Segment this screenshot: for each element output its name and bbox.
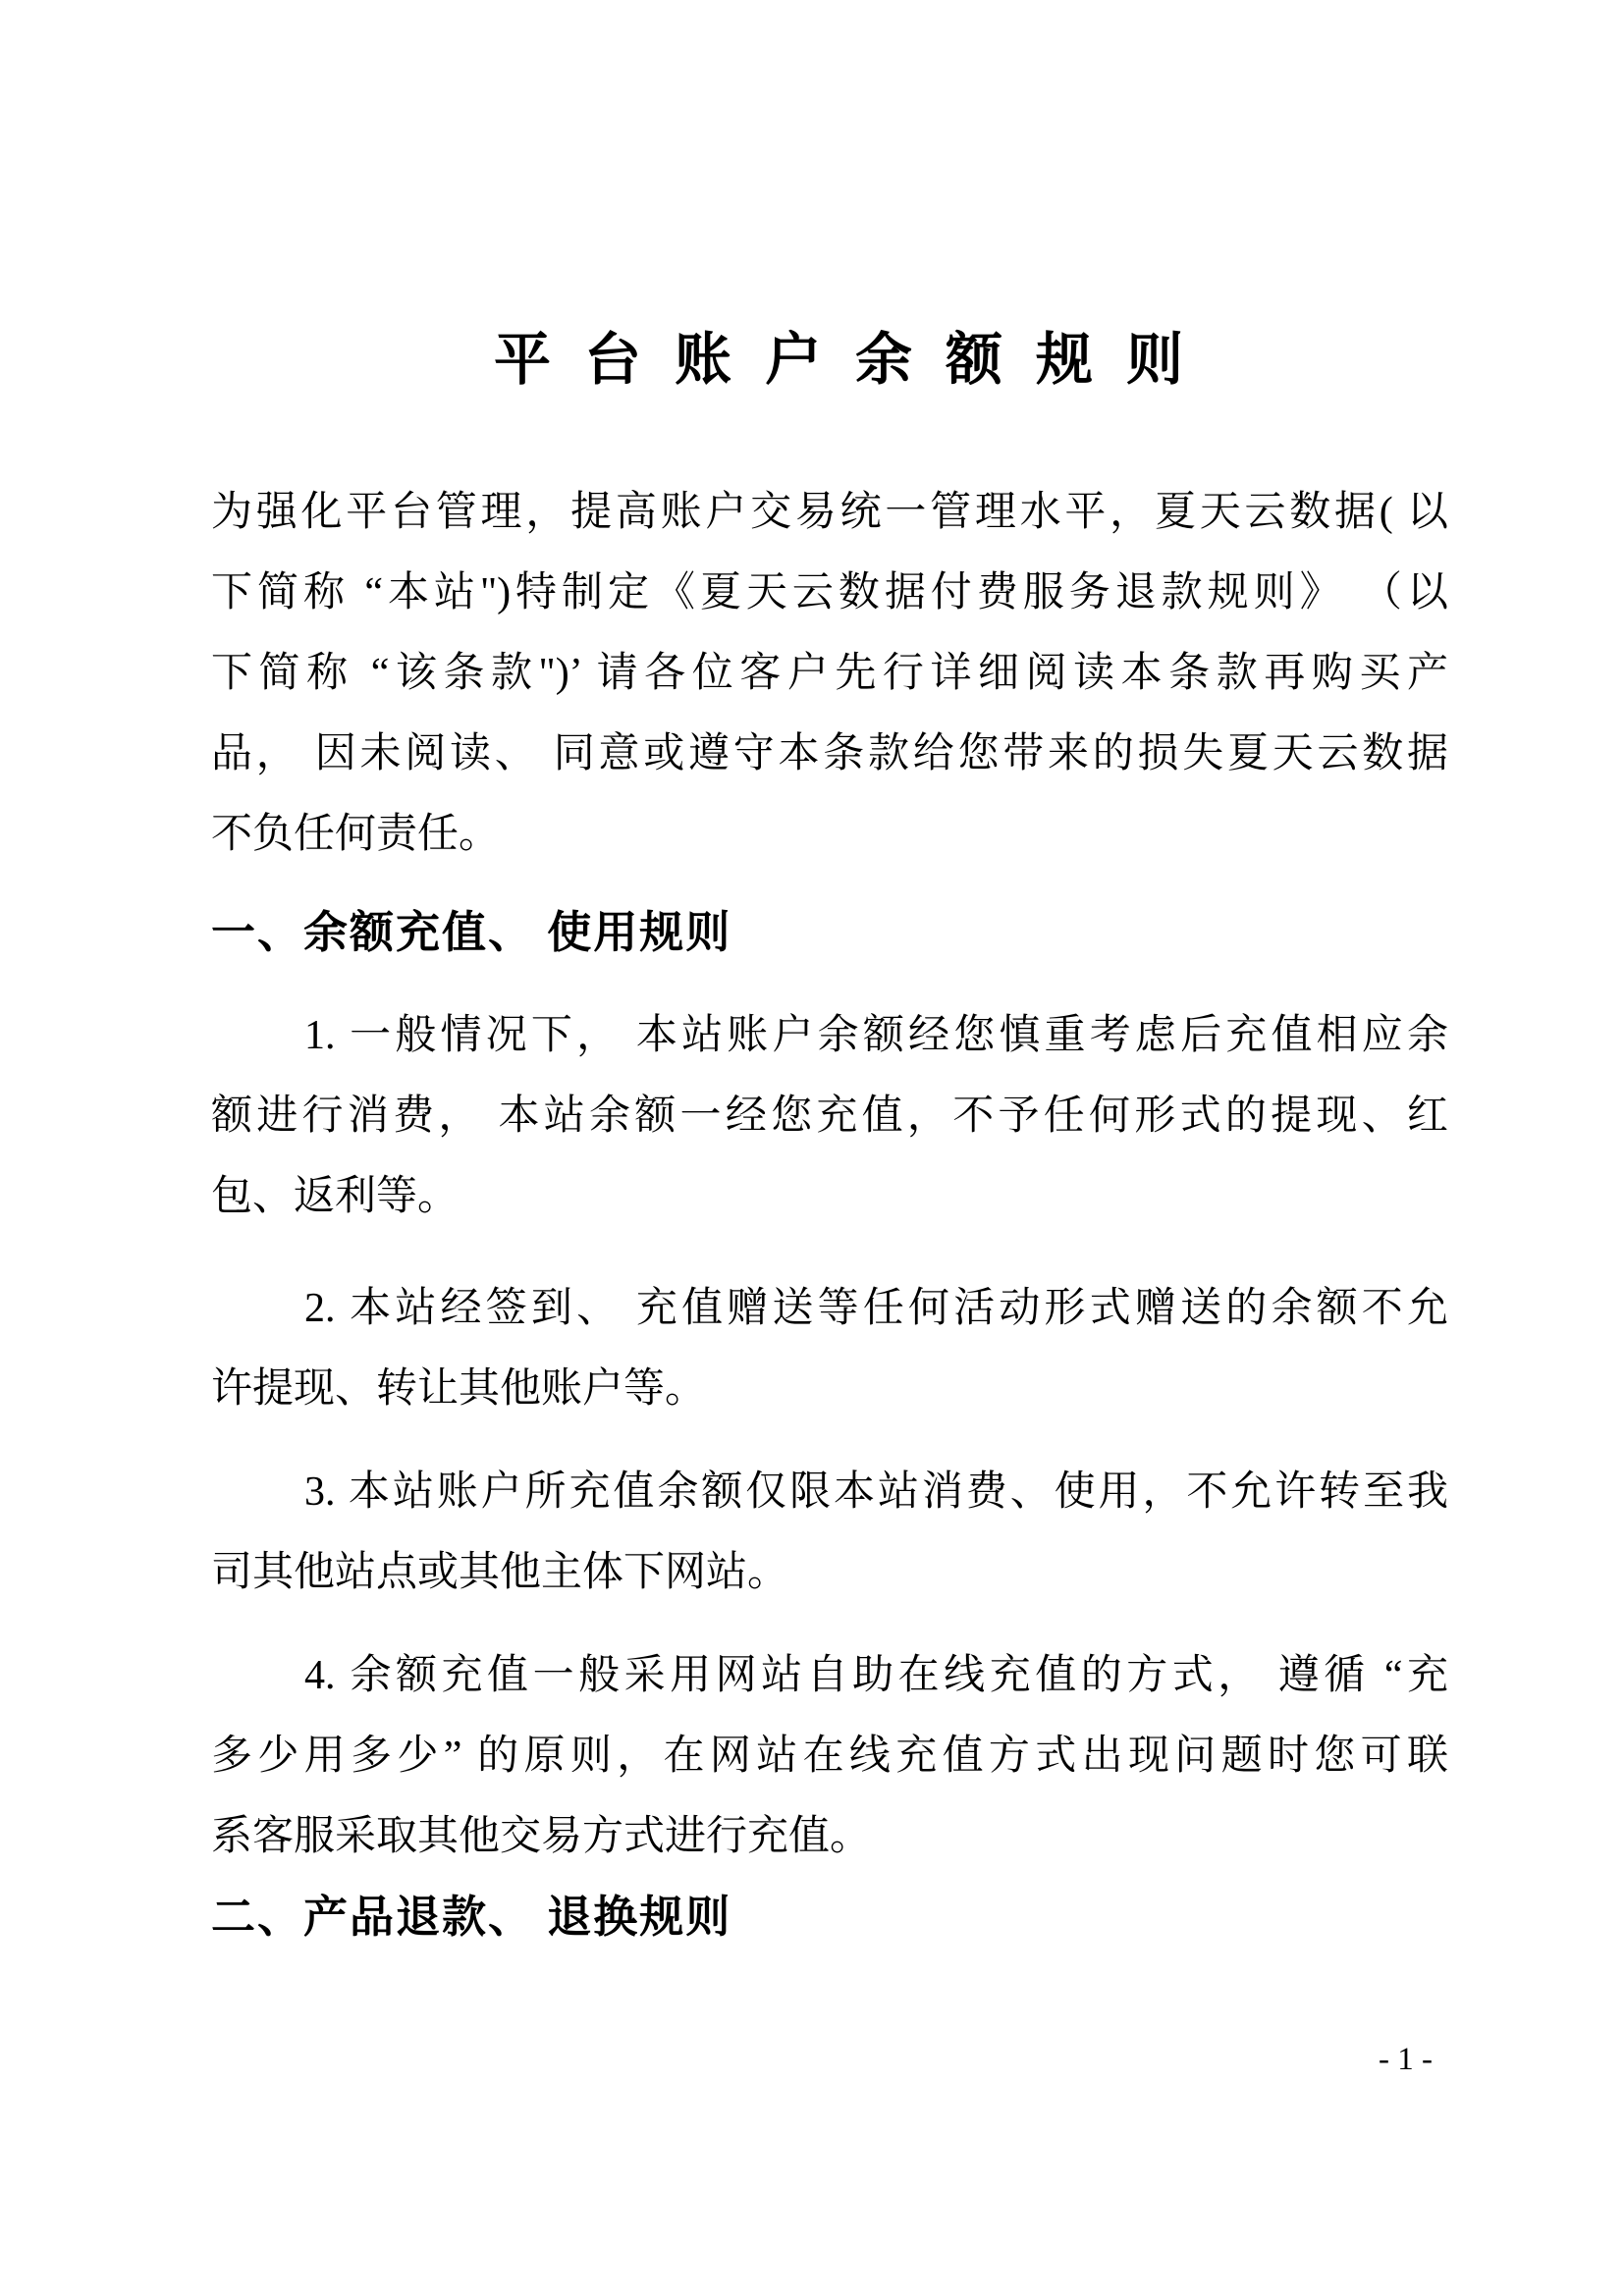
text-line: 一、余额充值、 使用规则: [211, 892, 1448, 973]
text-line: 3. 本站账户所充值余额仅限本站消费、使用，不允许转至我: [211, 1452, 1448, 1532]
text-line: 为强化平台管理，提高账户交易统一管理水平，夏天云数据( 以: [211, 472, 1448, 553]
section-heading: 二、产品退款、 退换规则: [211, 1877, 1448, 1957]
paragraph: 为强化平台管理，提高账户交易统一管理水平，夏天云数据( 以下简称 “本站")特制…: [211, 472, 1448, 875]
page-footer: - 1 -: [211, 2038, 1433, 2081]
document-content: 平台账户余额规则 为强化平台管理，提高账户交易统一管理水平，夏天云数据( 以下简…: [211, 0, 1448, 1957]
text-line: 下简称 “该条款")’ 请各位客户先行详细阅读本条款再购买产: [211, 633, 1448, 714]
text-line: 司其他站点或其他主体下网站。: [211, 1532, 1448, 1613]
paragraph: 1. 一般情况下， 本站账户余额经您慎重考虑后充值相应余额进行消费， 本站余额一…: [211, 995, 1448, 1237]
paragraph: 4. 余额充值一般采用网站自助在线充值的方式， 遵循 “充多少用多少” 的原则，…: [211, 1635, 1448, 1877]
paragraph: 3. 本站账户所充值余额仅限本站消费、使用，不允许转至我司其他站点或其他主体下网…: [211, 1452, 1448, 1613]
document-page: 平台账户余额规则 为强化平台管理，提高账户交易统一管理水平，夏天云数据( 以下简…: [0, 0, 1624, 2296]
text-line: 系客服采取其他交易方式进行充值。: [211, 1796, 1448, 1877]
text-line: 额进行消费， 本站余额一经您充值，不予任何形式的提现、红: [211, 1076, 1448, 1156]
text-line: 4. 余额充值一般采用网站自助在线充值的方式， 遵循 “充: [211, 1635, 1448, 1716]
paragraph: 2. 本站经签到、 充值赠送等任何活动形式赠送的余额不允许提现、转让其他账户等。: [211, 1268, 1448, 1429]
text-line: 品， 因未阅读、 同意或遵守本条款给您带来的损失夏天云数据: [211, 714, 1448, 794]
page-number: - 1 -: [1379, 2042, 1433, 2077]
document-title: 平台账户余额规则: [237, 330, 1474, 391]
text-line: 不负任何责任。: [211, 794, 1448, 875]
text-line: 2. 本站经签到、 充值赠送等任何活动形式赠送的余额不允: [211, 1268, 1448, 1349]
section-heading: 一、余额充值、 使用规则: [211, 892, 1448, 973]
text-line: 1. 一般情况下， 本站账户余额经您慎重考虑后充值相应余: [211, 995, 1448, 1076]
text-line: 包、返利等。: [211, 1156, 1448, 1237]
text-line: 多少用多少” 的原则，在网站在线充值方式出现问题时您可联: [211, 1716, 1448, 1796]
document-body: 为强化平台管理，提高账户交易统一管理水平，夏天云数据( 以下简称 “本站")特制…: [211, 472, 1448, 1957]
text-line: 下简称 “本站")特制定《夏天云数据付费服务退款规则》 （以: [211, 553, 1448, 633]
text-line: 许提现、转让其他账户等。: [211, 1349, 1448, 1429]
text-line: 二、产品退款、 退换规则: [211, 1877, 1448, 1957]
